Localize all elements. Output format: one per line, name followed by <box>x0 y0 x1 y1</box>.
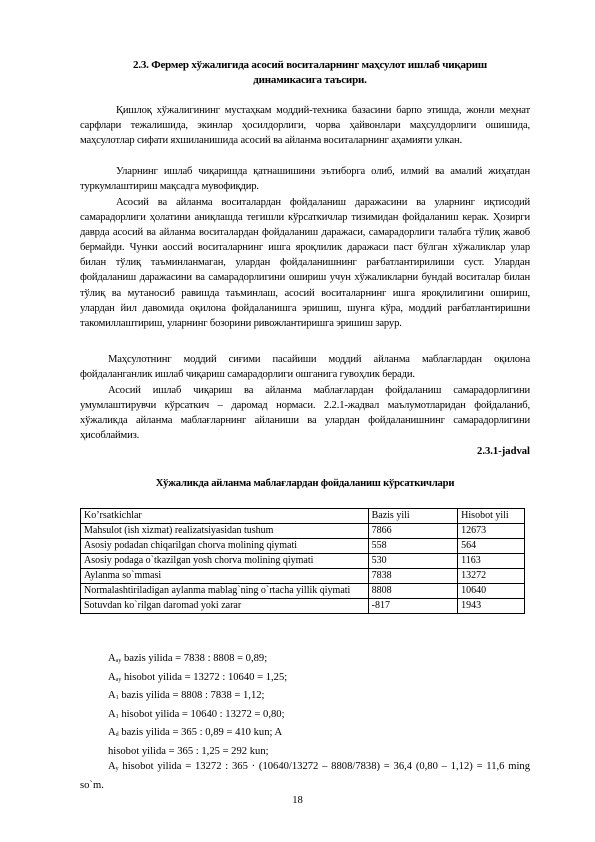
section-heading-line1: 2.3. Фермер хўжалигида асосий воситаларн… <box>100 58 520 73</box>
row-label: Normalashtiriladigan aylanma mablag`ning… <box>81 584 369 599</box>
row-report-value: 13272 <box>458 569 525 584</box>
row-base-value: 530 <box>368 554 458 569</box>
table-header-row: Ko’rsatkichlar Bazis yili Hisobot yili <box>81 509 525 524</box>
row-label: Asosiy podaga o`tkazilgan yosh chorva mo… <box>81 554 369 569</box>
table-row: Normalashtiriladigan aylanma mablag`ning… <box>81 584 525 599</box>
row-report-value: 1943 <box>458 599 525 614</box>
header-report-year: Hisobot yili <box>458 509 525 524</box>
section-heading: 2.3. Фермер хўжалигида асосий воситаларн… <box>100 58 520 88</box>
table-label: 2.3.1-jadval <box>80 446 530 457</box>
calc-line: Aay hisobot yilida = 13272 : 10640 = 1,2… <box>80 670 530 689</box>
row-base-value: -817 <box>368 599 458 614</box>
row-label: Aylanma so`mmasi <box>81 569 369 584</box>
paragraph-1: Қишлоқ хўжалигининг мустаҳкам моддий-тех… <box>80 103 530 148</box>
paragraph-4: Маҳсулотнинг моддий сиғими пасайиши модд… <box>80 352 530 382</box>
paragraph-3: Асосий ва айланма воситалардан фойдалани… <box>80 195 530 331</box>
calculations: Aay bazis yilida = 7838 : 8808 = 0,89; A… <box>80 651 530 793</box>
calc-final: Ay hisobot yilida = 13272 : 365 · (10640… <box>80 759 530 793</box>
row-base-value: 8808 <box>368 584 458 599</box>
calc-line: A1 hisobot yilida = 10640 : 13272 = 0,80… <box>80 707 530 726</box>
row-base-value: 558 <box>368 539 458 554</box>
page-number: 18 <box>0 795 595 806</box>
row-base-value: 7866 <box>368 524 458 539</box>
calc-line: A1 bazis yilida = 8808 : 7838 = 1,12; <box>80 688 530 707</box>
indicators-table: Ko’rsatkichlar Bazis yili Hisobot yili M… <box>80 508 525 614</box>
calc-line: hisobot yilida = 365 : 1,25 = 292 kun; <box>80 744 530 760</box>
calc-line: Aay bazis yilida = 7838 : 8808 = 0,89; <box>80 651 530 670</box>
row-label: Sotuvdan ko`rilgan daromad yoki zarar <box>81 599 369 614</box>
section-heading-line2: динамикасига таъсири. <box>100 73 520 88</box>
header-base-year: Bazis yili <box>368 509 458 524</box>
table-row: Mahsulot (ish xizmat) realizatsiyasidan … <box>81 524 525 539</box>
calc-line: Ad bazis yilida = 365 : 0,89 = 410 kun; … <box>80 725 530 744</box>
row-label: Asosiy podadan chiqarilgan chorva molini… <box>81 539 369 554</box>
row-report-value: 564 <box>458 539 525 554</box>
paragraph-5: Асосий ишлаб чиқариш ва айланма маблағла… <box>80 383 530 443</box>
table-row: Asosiy podaga o`tkazilgan yosh chorva mo… <box>81 554 525 569</box>
row-label: Mahsulot (ish xizmat) realizatsiyasidan … <box>81 524 369 539</box>
table-row: Aylanma so`mmasi 7838 13272 <box>81 569 525 584</box>
row-report-value: 1163 <box>458 554 525 569</box>
row-base-value: 7838 <box>368 569 458 584</box>
table-row: Sotuvdan ko`rilgan daromad yoki zarar -8… <box>81 599 525 614</box>
row-report-value: 12673 <box>458 524 525 539</box>
row-report-value: 10640 <box>458 584 525 599</box>
header-indicators: Ko’rsatkichlar <box>81 509 369 524</box>
paragraph-2: Уларнинг ишлаб чиқаришда қатнашишини эът… <box>80 164 530 194</box>
table-title: Хўжаликда айланма маблағлардан фойдалани… <box>80 478 530 489</box>
table-row: Asosiy podadan chiqarilgan chorva molini… <box>81 539 525 554</box>
